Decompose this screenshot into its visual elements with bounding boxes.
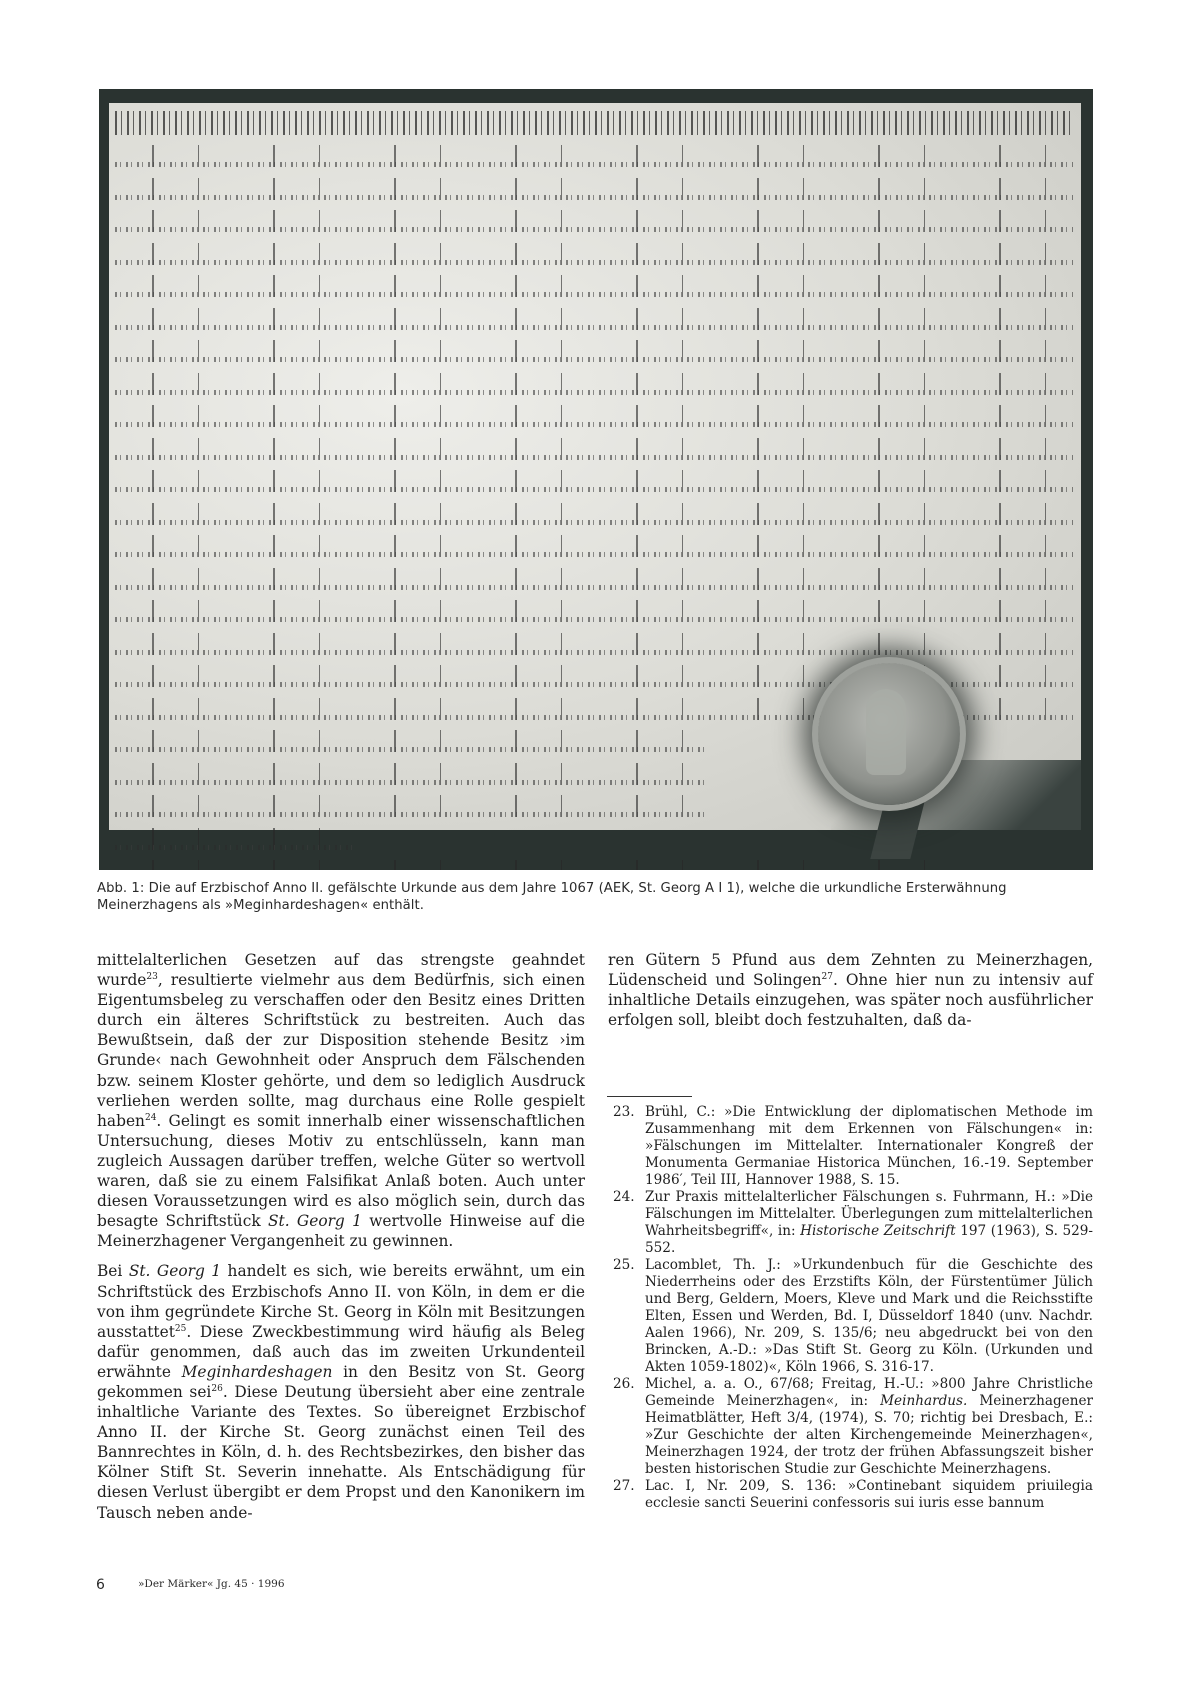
body-column-right: ren Gütern 5 Pfund aus dem Zehnten zu Me… bbox=[608, 950, 1093, 1040]
wax-seal bbox=[818, 663, 960, 805]
charter-photo bbox=[99, 89, 1093, 870]
charter-line-title bbox=[115, 109, 1073, 142]
footnote-ref[interactable]: 25 bbox=[175, 1324, 186, 1334]
paragraph: mittelalterlichen Gesetzen auf das stren… bbox=[97, 950, 585, 1251]
footnote-divider bbox=[607, 1096, 692, 1097]
figure-caption: Abb. 1: Die auf Erzbischof Anno II. gefä… bbox=[97, 881, 1093, 914]
paragraph: ren Gütern 5 Pfund aus dem Zehnten zu Me… bbox=[608, 950, 1093, 1030]
footnote-ref[interactable]: 26 bbox=[211, 1384, 222, 1394]
journal-citation: »Der Märker« Jg. 45 · 1996 bbox=[138, 1578, 285, 1590]
page-footer: 6 »Der Märker« Jg. 45 · 1996 bbox=[96, 1577, 105, 1593]
footnote-27: 27.Lac. I, Nr. 209, S. 136: »Continebant… bbox=[607, 1478, 1093, 1512]
footnotes: 23.Brühl, C.: »Die Entwicklung der diplo… bbox=[607, 1104, 1093, 1512]
footnote-23: 23.Brühl, C.: »Die Entwicklung der diplo… bbox=[607, 1104, 1093, 1189]
paragraph: Bei St. Georg 1 handelt es sich, wie ber… bbox=[97, 1261, 585, 1522]
footnote-26: 26.Michel, a. a. O., 67/68; Freitag, H.-… bbox=[607, 1376, 1093, 1478]
page-number: 6 bbox=[96, 1577, 105, 1593]
footnote-ref[interactable]: 24 bbox=[145, 1113, 156, 1123]
footnote-25: 25.Lacomblet, Th. J.: »Urkundenbuch für … bbox=[607, 1257, 1093, 1376]
footnote-24: 24.Zur Praxis mittelalterlicher Fälschun… bbox=[607, 1189, 1093, 1257]
footnote-ref[interactable]: 27 bbox=[822, 972, 833, 982]
body-column-left: mittelalterlichen Gesetzen auf das stren… bbox=[97, 950, 585, 1533]
footnote-ref[interactable]: 23 bbox=[146, 972, 157, 982]
